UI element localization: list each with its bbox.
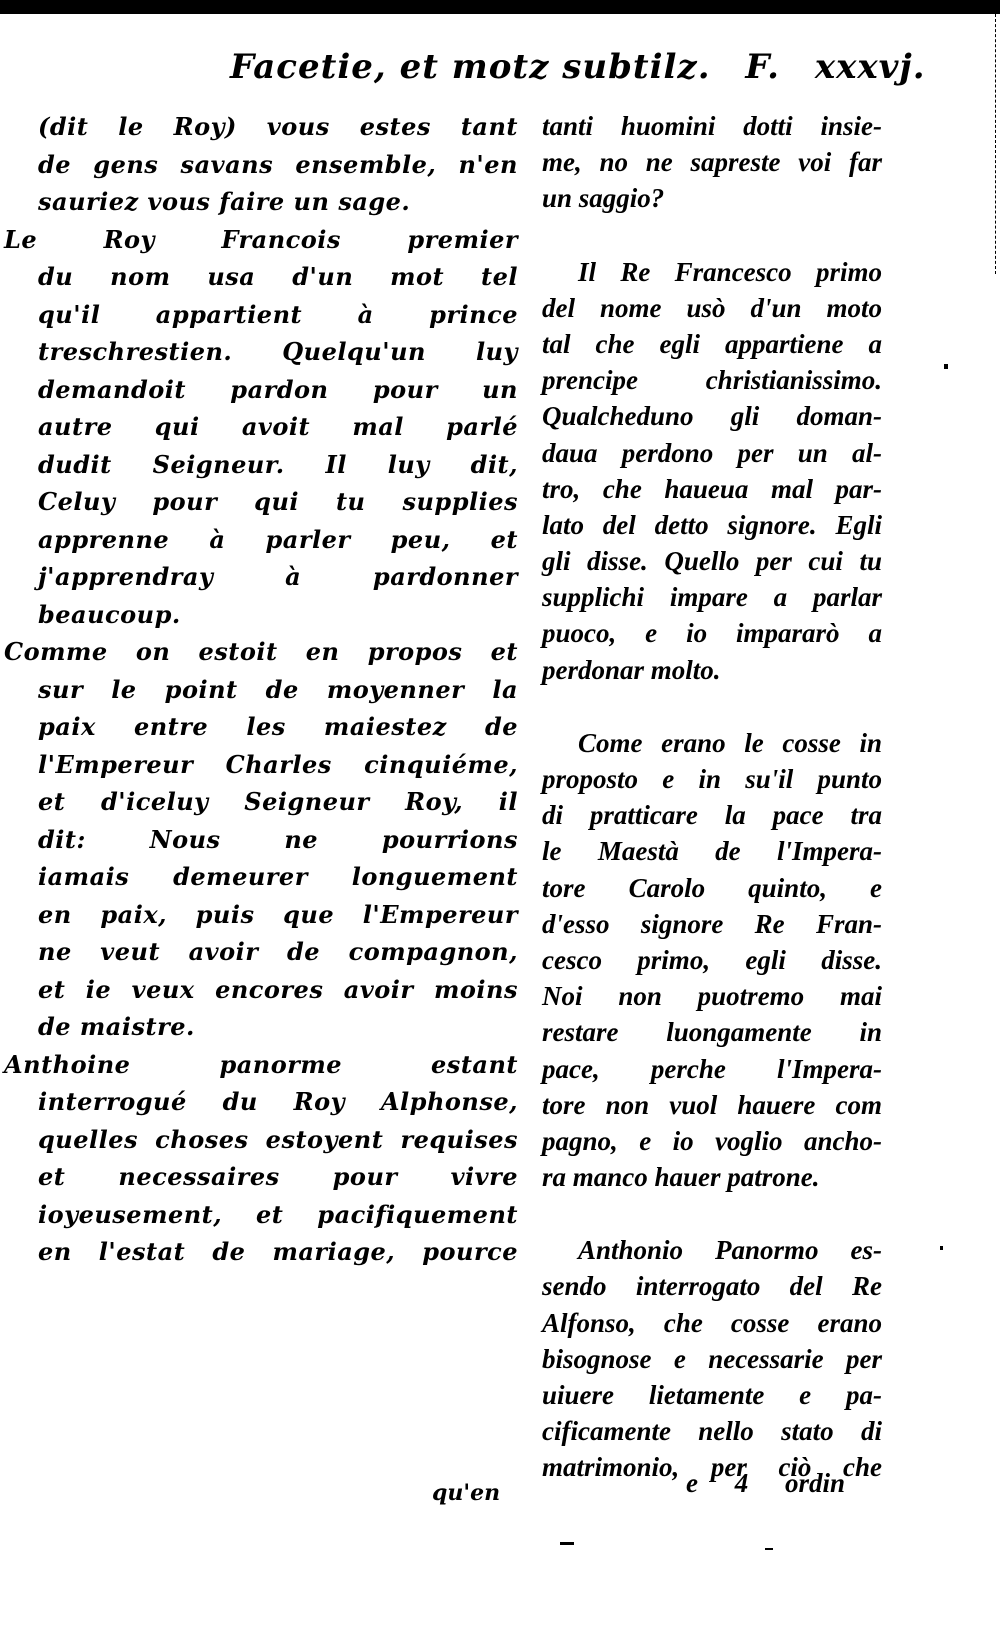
text-line: prencipe christianissimo. [542, 362, 882, 398]
text-line: Alfonso, che cosse erano [542, 1305, 882, 1341]
print-speck [944, 364, 948, 369]
text-line: paix entre les maiestez de [38, 708, 518, 746]
french-column: (dit le Roy) vous estes tantde gens sava… [38, 108, 518, 1271]
print-speck [560, 1542, 574, 1545]
text-line: (dit le Roy) vous estes tant [38, 108, 518, 146]
text-line: j'apprendray à pardonner [38, 558, 518, 596]
text-line: puoco, e io impararò a [542, 615, 882, 651]
text-line: de maistre. [38, 1008, 518, 1046]
text-line: demandoit pardon pour un [38, 371, 518, 409]
text-line: d'esso signore Re Fran- [542, 906, 882, 942]
text-line: autre qui avoit mal parlé [38, 408, 518, 446]
text-line: lato del detto signore. Egli [542, 507, 882, 543]
text-line: ne veut avoir de compagnon, [38, 933, 518, 971]
text-line: restare luongamente in [542, 1014, 882, 1050]
italian-column: tanti huomini dotti insie-me, no ne sapr… [542, 108, 882, 1486]
text-line: quelles choses estoyent requises [38, 1121, 518, 1159]
text-line: Qualcheduno gli doman- [542, 398, 882, 434]
french-catchword: qu'en [432, 1480, 500, 1506]
text-line: daua perdono per un al- [542, 435, 882, 471]
text-line: iamais demeurer longuement [38, 858, 518, 896]
text-line: sauriez vous faire un sage. [38, 183, 518, 221]
text-line: ioyeusement, et pacifiquement [38, 1196, 518, 1234]
text-line: Anthoine panorme estant [4, 1046, 518, 1084]
text-line: et ie veux encores avoir moins [38, 971, 518, 1009]
text-line: dit: Nous ne pourrions [38, 821, 518, 859]
running-head-signature: F. [745, 47, 780, 87]
text-line: perdonar molto. [542, 652, 882, 688]
text-line: gli disse. Quello per cui tu [542, 543, 882, 579]
text-line: Le Roy Francois premier [4, 221, 518, 259]
text-line: di pratticare la pace tra [542, 797, 882, 833]
text-line: et d'iceluy Seigneur Roy, il [38, 783, 518, 821]
text-line: ra manco hauer patrone. [542, 1159, 882, 1195]
text-line: Comme on estoit en propos et [4, 633, 518, 671]
text-line: de gens savans ensemble, n'en [38, 146, 518, 184]
text-line: tro, che haueua mal par- [542, 471, 882, 507]
text-line: dudit Seigneur. Il luy dit, [38, 446, 518, 484]
paragraph-gap [542, 217, 882, 254]
paragraph-gap [542, 688, 882, 725]
folio-number: xxxvj. [815, 47, 926, 87]
text-line: qu'il appartient à prince [38, 296, 518, 334]
text-line: treschrestien. Quelqu'un luy [38, 333, 518, 371]
text-line: interrogué du Roy Alphonse, [38, 1083, 518, 1121]
signature-mark: e 4 ordin [686, 1468, 845, 1499]
text-line: le Maestà de l'Impera- [542, 833, 882, 869]
text-line: tore non vuol hauere com [542, 1087, 882, 1123]
scan-right-edge [995, 14, 1000, 274]
text-line: un saggio? [542, 180, 882, 216]
text-line: tanti huomini dotti insie- [542, 108, 882, 144]
print-speck [940, 1246, 943, 1250]
text-line: et necessaires pour vivre [38, 1158, 518, 1196]
text-line: bisognose e necessarie per [542, 1341, 882, 1377]
text-line: cificamente nello stato di [542, 1413, 882, 1449]
text-line: Noi non puotremo mai [542, 978, 882, 1014]
text-line: del nome usò d'un moto [542, 290, 882, 326]
text-line: uiuere lietamente e pa- [542, 1377, 882, 1413]
text-line: en l'estat de mariage, pource [38, 1233, 518, 1271]
scan-top-edge [0, 0, 1000, 14]
text-line: beaucoup. [38, 596, 518, 634]
text-line: Come erano le cosse in [542, 725, 882, 761]
text-line: tore Carolo quinto, e [542, 870, 882, 906]
text-line: en paix, puis que l'Empereur [38, 896, 518, 934]
running-head-title: Facetie, et motz subtilz. [230, 47, 711, 87]
text-line: Celuy pour qui tu supplies [38, 483, 518, 521]
text-line: proposto e in su'il punto [542, 761, 882, 797]
text-line: supplichi impare a parlar [542, 579, 882, 615]
text-line: Anthonio Panormo es- [542, 1232, 882, 1268]
text-line: Il Re Francesco primo [542, 254, 882, 290]
text-line: apprenne à parler peu, et [38, 521, 518, 559]
print-speck [765, 1548, 773, 1550]
text-line: l'Empereur Charles cinquiéme, [38, 746, 518, 784]
text-line: tal che egli appartiene a [542, 326, 882, 362]
text-line: sur le point de moyenner la [38, 671, 518, 709]
text-line: pagno, e io voglio ancho- [542, 1123, 882, 1159]
text-line: du nom usa d'un mot tel [38, 258, 518, 296]
text-line: me, no ne sapreste voi far [542, 144, 882, 180]
running-head: Facetie, et motz subtilz. F. xxxvj. [230, 42, 870, 92]
text-line: pace, perche l'Impera- [542, 1051, 882, 1087]
paragraph-gap [542, 1195, 882, 1232]
text-line: cesco primo, egli disse. [542, 942, 882, 978]
text-line: sendo interrogato del Re [542, 1268, 882, 1304]
